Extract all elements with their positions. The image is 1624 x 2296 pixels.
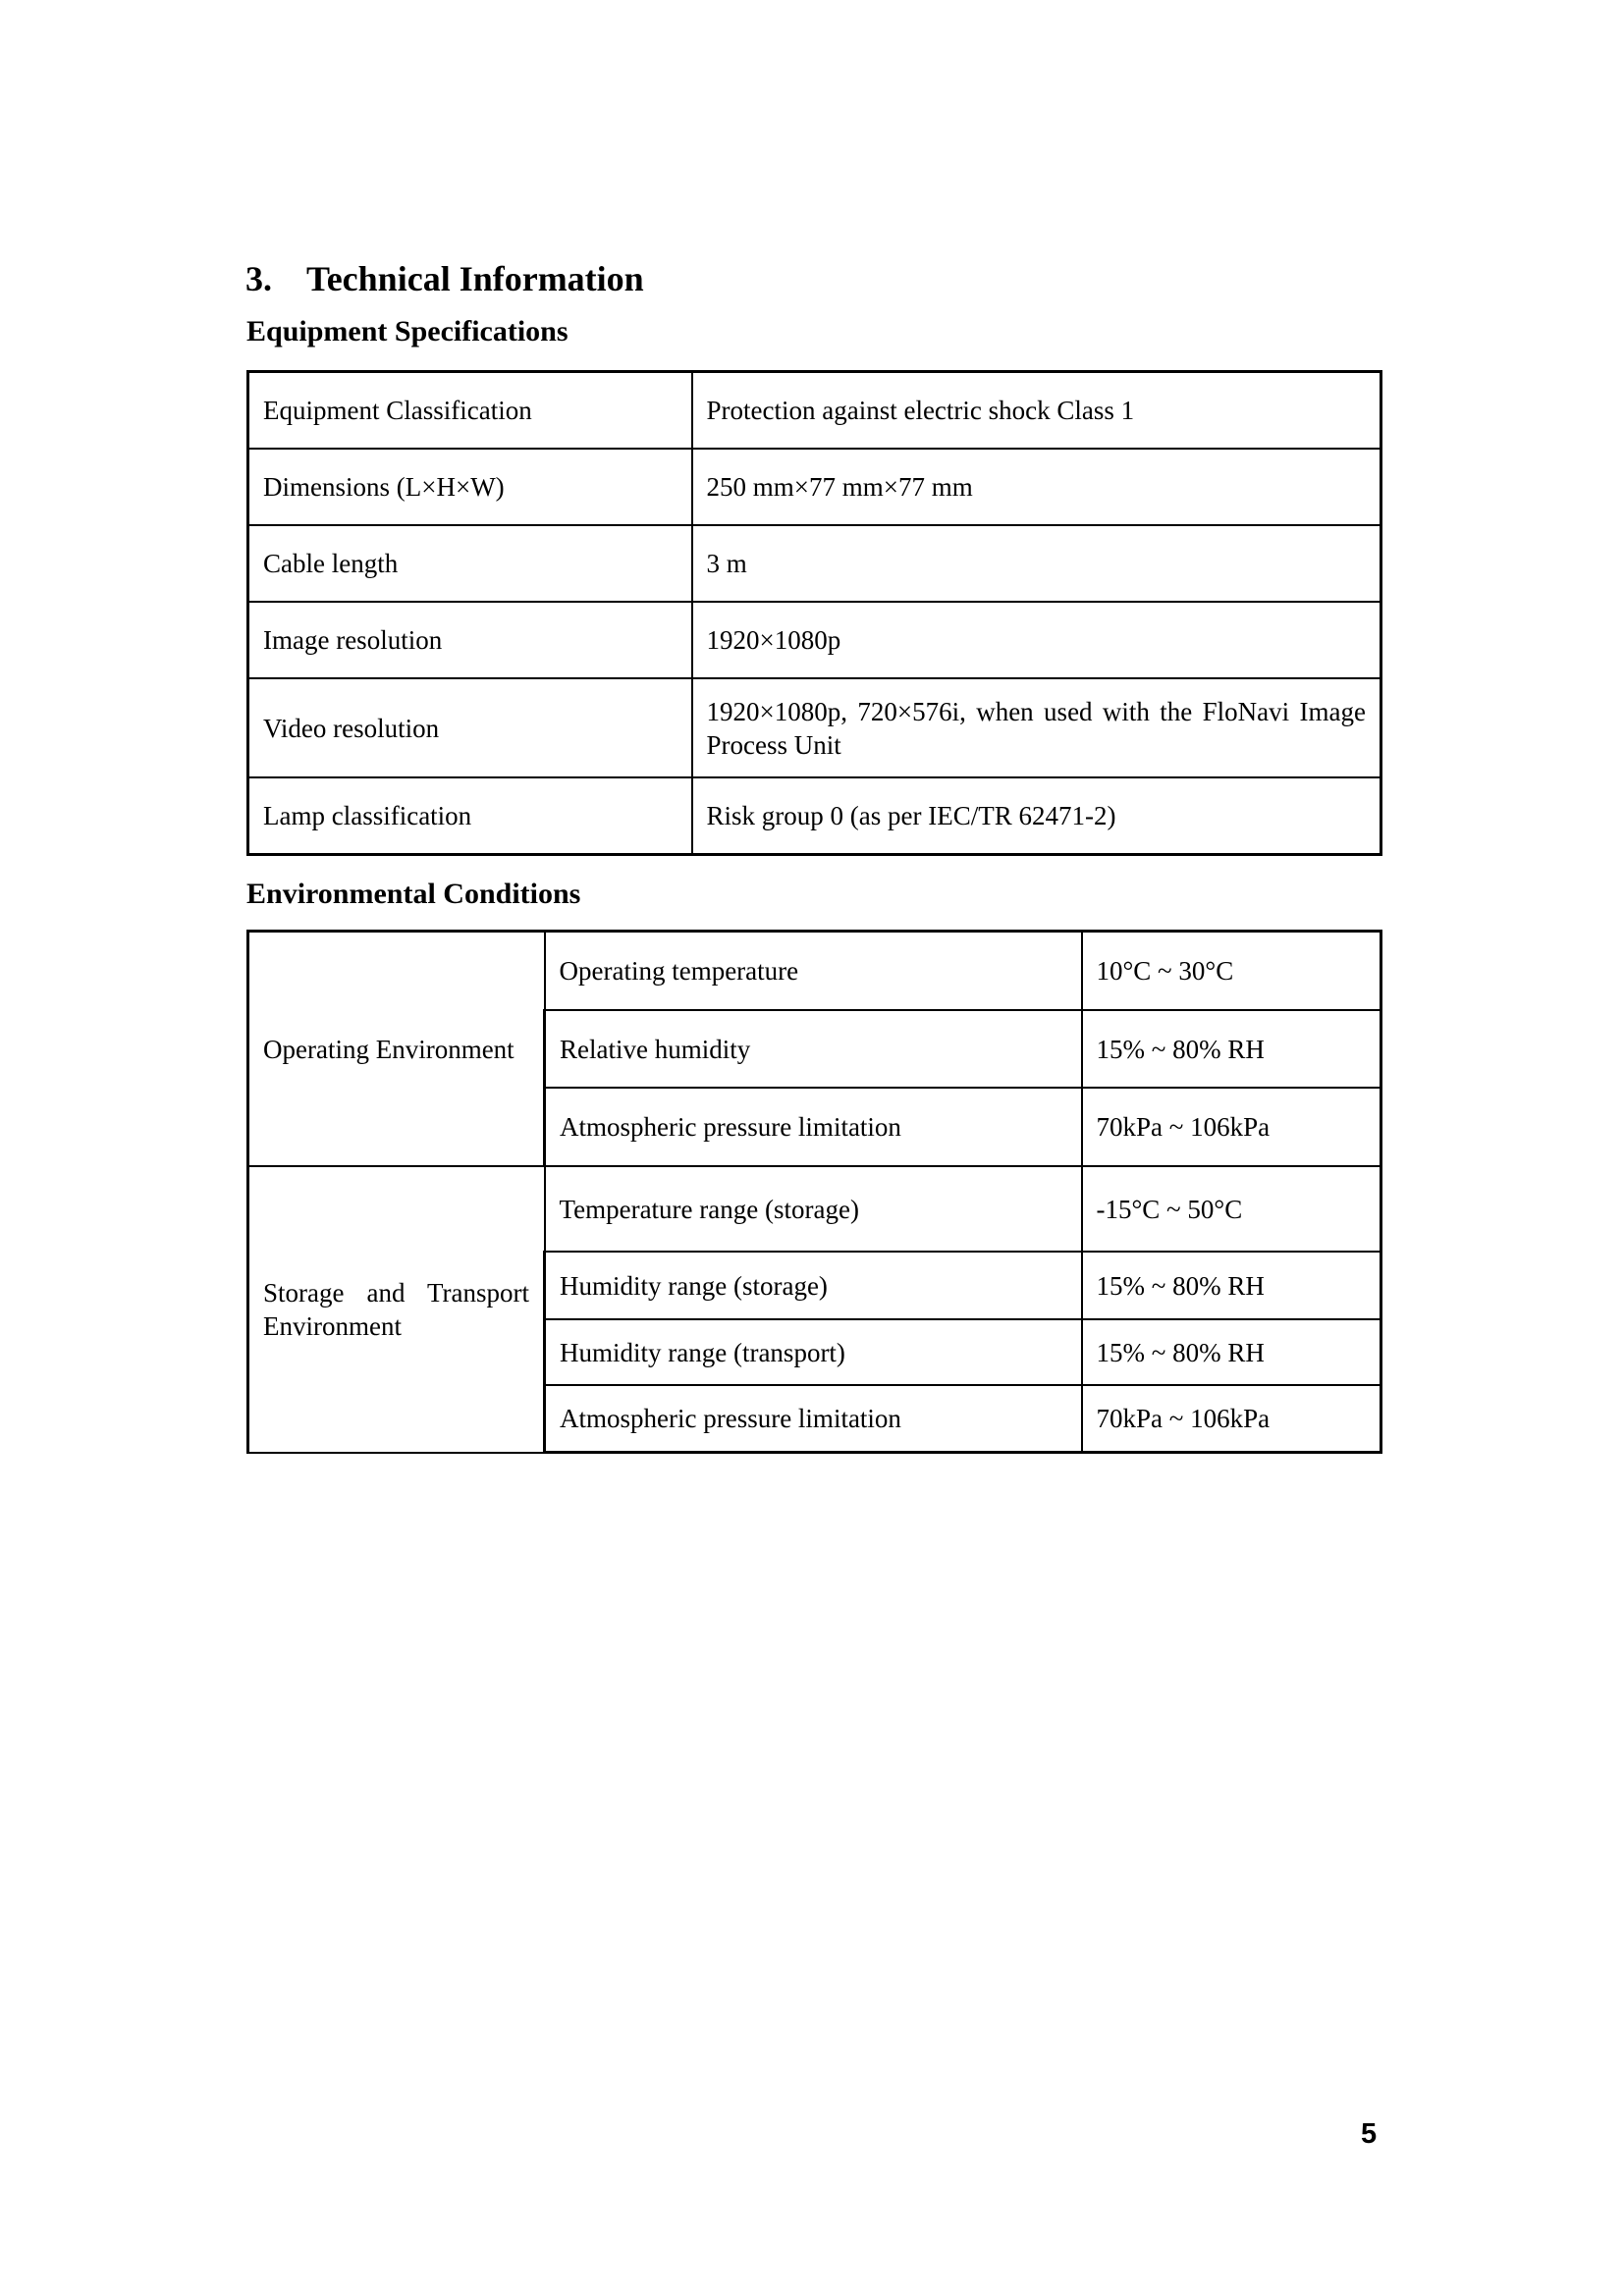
spec-label: Cable length	[248, 525, 692, 602]
spec-label: Equipment Classification	[248, 372, 692, 450]
table-row: Operating Environment Operating temperat…	[248, 932, 1381, 1011]
spec-label: Dimensions (L×H×W)	[248, 449, 692, 525]
environmental-conditions-heading: Environmental Conditions	[246, 877, 580, 912]
parameter-value: 15% ~ 80% RH	[1082, 1252, 1381, 1319]
spec-value: 3 m	[692, 525, 1381, 602]
parameter-label: Humidity range (transport)	[545, 1319, 1082, 1385]
table-row: Equipment Classification Protection agai…	[248, 372, 1381, 450]
parameter-label: Atmospheric pressure limitation	[545, 1385, 1082, 1453]
parameter-value: -15°C ~ 50°C	[1082, 1166, 1381, 1252]
equipment-specifications-heading: Equipment Specifications	[246, 314, 568, 349]
environmental-conditions-table: Operating Environment Operating temperat…	[246, 930, 1382, 1454]
section-heading: 3.Technical Information	[245, 257, 644, 300]
parameter-label: Operating temperature	[545, 932, 1082, 1011]
table-row: Cable length 3 m	[248, 525, 1381, 602]
page-number: 5	[1361, 2118, 1377, 2150]
table-row: Lamp classification Risk group 0 (as per…	[248, 777, 1381, 855]
section-title: Technical Information	[306, 259, 644, 298]
parameter-value: 15% ~ 80% RH	[1082, 1319, 1381, 1385]
parameter-label: Relative humidity	[545, 1010, 1082, 1088]
section-number: 3.	[245, 257, 306, 300]
table-row: Dimensions (L×H×W) 250 mm×77 mm×77 mm	[248, 449, 1381, 525]
parameter-value: 15% ~ 80% RH	[1082, 1010, 1381, 1088]
table-row: Storage and Transport Environment Temper…	[248, 1166, 1381, 1252]
spec-value: 1920×1080p, 720×576i, when used with the…	[692, 678, 1381, 777]
parameter-value: 10°C ~ 30°C	[1082, 932, 1381, 1011]
spec-label: Video resolution	[248, 678, 692, 777]
table-row: Image resolution 1920×1080p	[248, 602, 1381, 678]
environment-group-label: Operating Environment	[248, 932, 545, 1167]
spec-label: Lamp classification	[248, 777, 692, 855]
spec-value: Risk group 0 (as per IEC/TR 62471-2)	[692, 777, 1381, 855]
spec-label: Image resolution	[248, 602, 692, 678]
environment-group-label: Storage and Transport Environment	[248, 1166, 545, 1453]
table-row: Video resolution 1920×1080p, 720×576i, w…	[248, 678, 1381, 777]
parameter-value: 70kPa ~ 106kPa	[1082, 1088, 1381, 1166]
parameter-label: Humidity range (storage)	[545, 1252, 1082, 1319]
spec-value: 250 mm×77 mm×77 mm	[692, 449, 1381, 525]
spec-value: Protection against electric shock Class …	[692, 372, 1381, 450]
equipment-specifications-table: Equipment Classification Protection agai…	[246, 370, 1382, 856]
parameter-value: 70kPa ~ 106kPa	[1082, 1385, 1381, 1453]
spec-value: 1920×1080p	[692, 602, 1381, 678]
parameter-label: Atmospheric pressure limitation	[545, 1088, 1082, 1166]
parameter-label: Temperature range (storage)	[545, 1166, 1082, 1252]
